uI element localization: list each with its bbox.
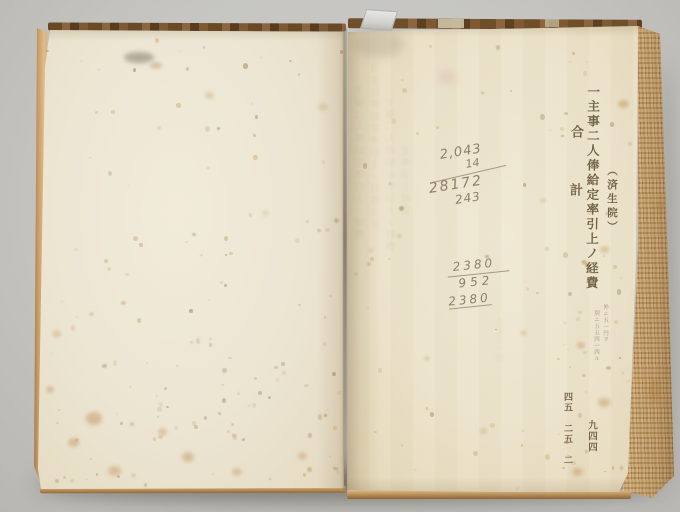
institution-tag: （済生院）: [605, 165, 620, 235]
top-edge-light-patch: [545, 19, 559, 27]
top-page-stack-edge-left: [48, 22, 346, 31]
calc-line: 14: [465, 156, 481, 171]
showthrough-text: 主事二人俸給定率引上ノ経費: [385, 97, 400, 253]
expense-heading: 一主事二人俸給定率引上ノ経費: [582, 85, 602, 291]
left-page: [38, 27, 346, 490]
top-edge-light-patch: [438, 19, 464, 28]
pencil-calc-bottom: 2380 952 2380: [444, 253, 522, 320]
sum-column-left: 四五 二五 二: [561, 392, 574, 466]
showthrough-text: 済生院俸給定率引上ノ経費合計: [369, 63, 384, 231]
showthrough-text: 主事二人俸給定率引上ノ経費: [354, 85, 369, 241]
right-page: 主事二人俸給定率引上ノ経費 済生院俸給定率引上ノ経費合計 主事二人俸給定率引上ノ…: [347, 25, 639, 493]
showthrough-text: 定率引上経費: [400, 145, 415, 217]
total-label-kei: 計: [565, 183, 584, 196]
bookmark-tab: [360, 9, 398, 31]
calc-line: 2380: [448, 290, 492, 309]
total-label-go: 合: [566, 125, 585, 138]
photo-scene: 主事二人俸給定率引上ノ経費 済生院俸給定率引上ノ経費合計 主事二人俸給定率引上ノ…: [0, 0, 680, 512]
showthrough-pencil: 大五〇一四: [494, 317, 505, 362]
sum-column-right: 九四四: [584, 420, 598, 453]
pencil-calc-top: 2,043 14 28172 243: [423, 136, 523, 221]
left-page-gutter-shading: [316, 27, 346, 490]
tiny-note-left-column: 別ニ五五四一四ル: [592, 310, 600, 362]
calc-line: 243: [454, 189, 482, 207]
calc-line: 952: [458, 273, 494, 291]
book-gutter: [343, 28, 347, 490]
tiny-note-right-column: 外ニ五一円ヲ: [601, 304, 609, 343]
